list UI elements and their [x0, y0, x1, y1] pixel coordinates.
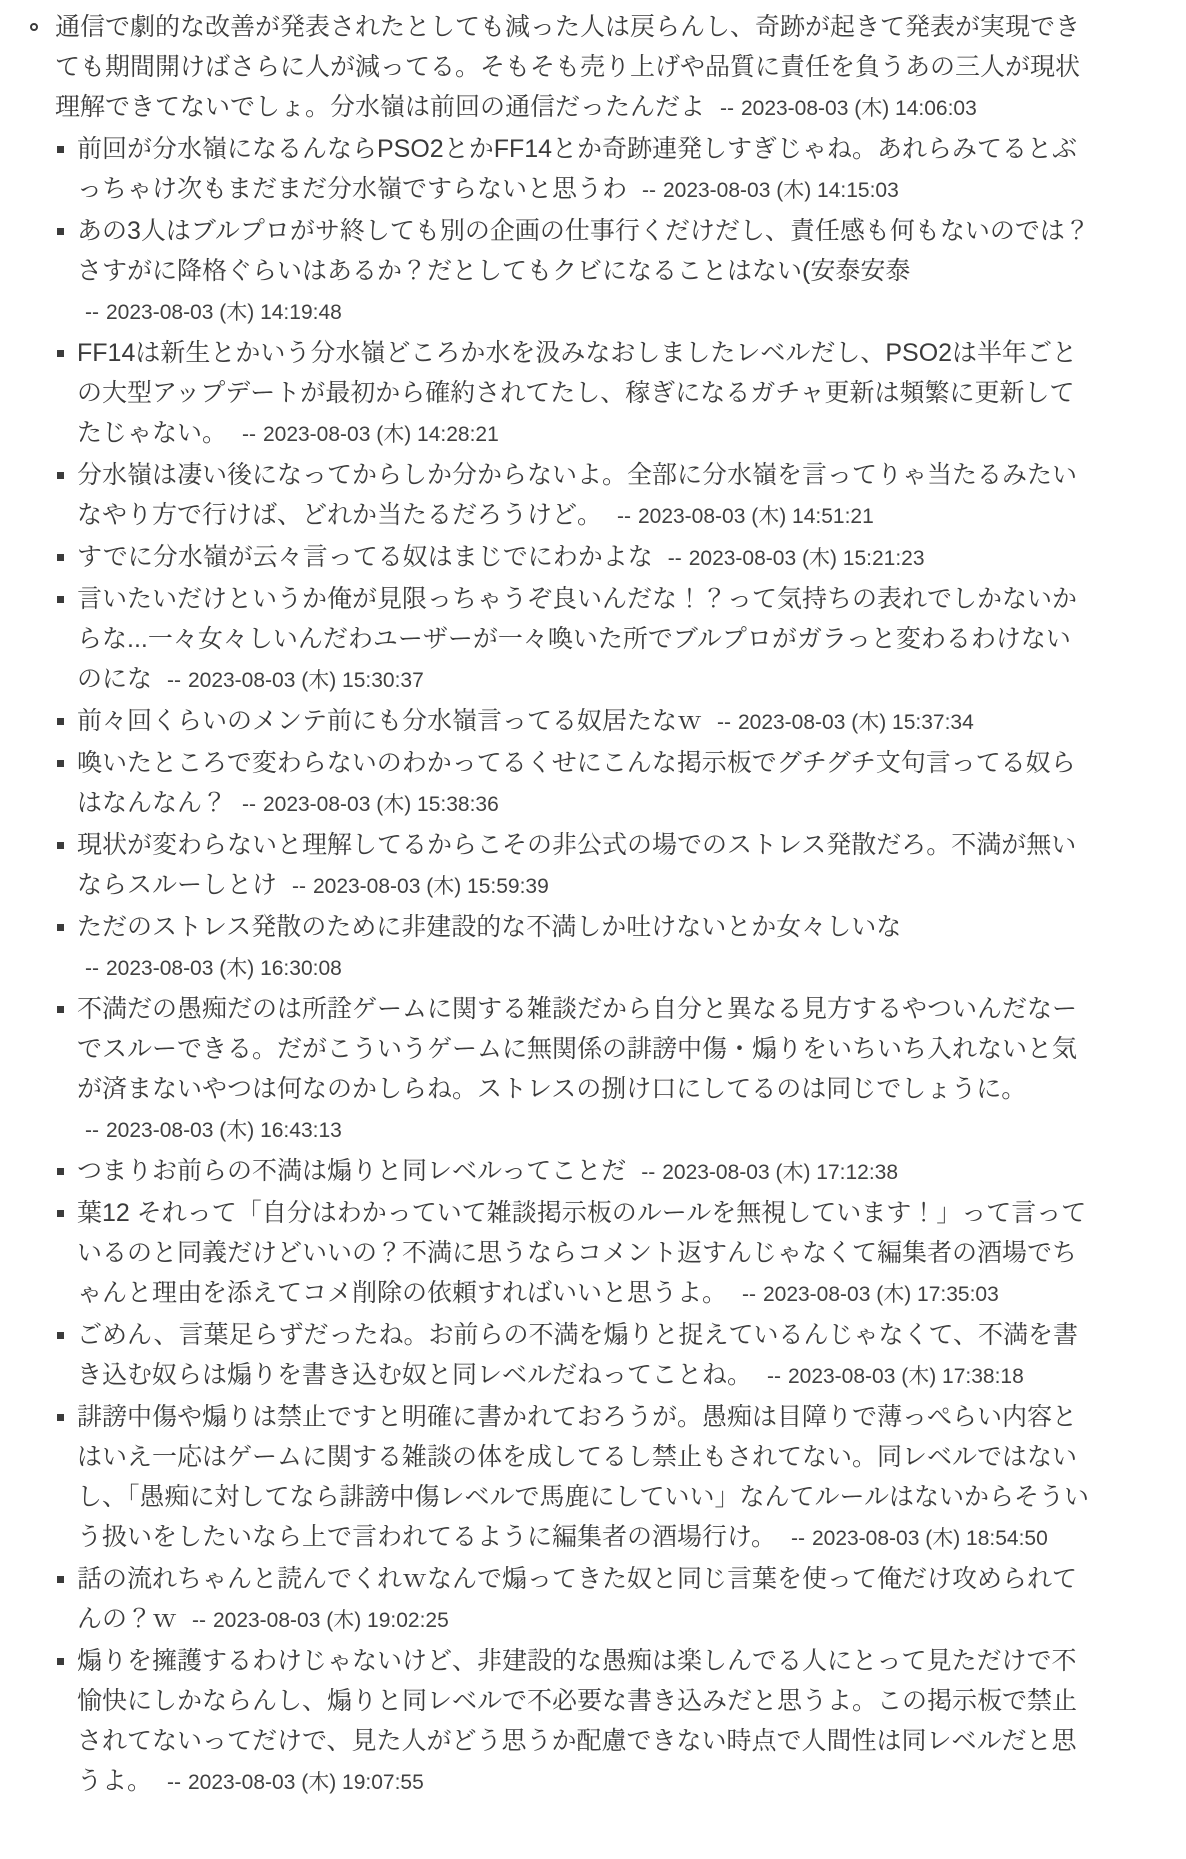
square-bullet-icon — [57, 760, 64, 767]
comment-text: つまりお前らの不満は煽りと同レベルってことだ — [77, 1157, 626, 1185]
comment-timestamp: 2023-08-03 (木) 17:38:18 — [788, 1365, 1024, 1388]
comment-separator: -- — [167, 669, 181, 692]
reply-comment: 誹謗中傷や煽りは禁止ですと明確に書かれておろうが。愚痴は目障りで薄っぺらい内容と… — [57, 1397, 1090, 1559]
square-bullet-icon — [57, 1210, 64, 1217]
square-bullet-icon — [57, 842, 64, 849]
comment-separator: -- — [668, 547, 682, 570]
comment-separator: -- — [242, 793, 256, 816]
comment-meta: --2023-08-03 (木) 19:07:55 — [159, 1771, 424, 1794]
reply-comment: 煽りを擁護するわけじゃないけど、非建設的な愚痴は楽しんでる人にとって見ただけで不… — [57, 1641, 1090, 1803]
reply-comment: すでに分水嶺が云々言ってる奴はまじでにわかよな --2023-08-03 (木)… — [57, 537, 1090, 579]
reply-comment: 不満だの愚痴だのは所詮ゲームに関する雑談だから自分と異なる見方するやついんだなー… — [57, 989, 1090, 1151]
comment-meta: --2023-08-03 (木) 16:30:08 — [77, 957, 342, 980]
comment-text: FF14は新生とかいう分水嶺どころか水を汲みなおしましたレベルだし、PSO2は半… — [77, 339, 1077, 447]
square-bullet-icon — [57, 472, 64, 479]
comment: 通信で劇的な改善が発表されたとしても減った人は戻らんし、奇跡が起きて発表が実現で… — [30, 7, 1090, 1803]
reply-comment: あの3人はブルプロがサ終しても別の企画の仕事行くだけだし、責任感も何もないのでは… — [57, 211, 1090, 333]
comment-text: すでに分水嶺が云々言ってる奴はまじでにわかよな — [77, 543, 653, 571]
comment-meta: --2023-08-03 (木) 14:51:21 — [609, 505, 874, 528]
reply-comment: 現状が変わらないと理解してるからこその非公式の場でのストレス発散だろ。不満が無い… — [57, 825, 1090, 907]
comment-separator: -- — [85, 957, 99, 980]
comment-separator: -- — [85, 301, 99, 324]
square-bullet-icon — [57, 718, 64, 725]
comment-text: 喚いたところで変わらないのわかってるくせにこんな掲示板でグチグチ文句言ってる奴ら… — [77, 749, 1076, 817]
comment-text: 分水嶺は凄い後になってからしか分からないよ。全部に分水嶺を言ってりゃ当たるみたい… — [77, 461, 1077, 529]
reply-comment: 話の流れちゃんと読んでくれｗなんで煽ってきた奴と同じ言葉を使って俺だけ攻められて… — [57, 1559, 1090, 1641]
comment-meta: --2023-08-03 (木) 14:28:21 — [234, 423, 499, 446]
reply-comment: 言いたいだけというか俺が見限っちゃうぞ良いんだな！？って気持ちの表れでしかないか… — [57, 579, 1090, 701]
comment-timestamp: 2023-08-03 (木) 16:30:08 — [106, 957, 342, 980]
reply-comment: 前回が分水嶺になるんならPSO2とかFF14とか奇跡連発しすぎじゃね。あれらみて… — [57, 129, 1090, 211]
comment-meta: --2023-08-03 (木) 15:59:39 — [284, 875, 549, 898]
circle-bullet-icon — [30, 23, 38, 31]
comment-timestamp: 2023-08-03 (木) 14:06:03 — [741, 97, 977, 120]
comment-timestamp: 2023-08-03 (木) 15:59:39 — [313, 875, 549, 898]
comment-meta: --2023-08-03 (木) 17:12:38 — [633, 1161, 898, 1184]
comment-meta: --2023-08-03 (木) 19:02:25 — [184, 1609, 449, 1632]
comment-meta: --2023-08-03 (木) 17:38:18 — [759, 1365, 1024, 1388]
comment-thread: 通信で劇的な改善が発表されたとしても減った人は戻らんし、奇跡が起きて発表が実現で… — [30, 7, 1090, 1803]
comment-timestamp: 2023-08-03 (木) 14:19:48 — [106, 301, 342, 324]
reply-comment: 喚いたところで変わらないのわかってるくせにこんな掲示板でグチグチ文句言ってる奴ら… — [57, 743, 1090, 825]
square-bullet-icon — [57, 596, 64, 603]
reply-comment: つまりお前らの不満は煽りと同レベルってことだ --2023-08-03 (木) … — [57, 1151, 1090, 1193]
comment-meta: --2023-08-03 (木) 16:43:13 — [77, 1119, 342, 1142]
comment-timestamp: 2023-08-03 (木) 14:15:03 — [663, 179, 899, 202]
square-bullet-icon — [57, 228, 64, 235]
square-bullet-icon — [57, 1332, 64, 1339]
comment-separator: -- — [642, 179, 656, 202]
comment-separator: -- — [641, 1161, 655, 1184]
comment-timestamp: 2023-08-03 (木) 15:38:36 — [263, 793, 499, 816]
comment-timestamp: 2023-08-03 (木) 14:51:21 — [638, 505, 874, 528]
comment-separator: -- — [720, 97, 734, 120]
comment-separator: -- — [717, 711, 731, 734]
comment-timestamp: 2023-08-03 (木) 15:30:37 — [188, 669, 424, 692]
comment-timestamp: 2023-08-03 (木) 15:21:23 — [689, 547, 925, 570]
comment-meta: --2023-08-03 (木) 15:30:37 — [159, 669, 424, 692]
square-bullet-icon — [57, 1576, 64, 1583]
comment-text: 不満だの愚痴だのは所詮ゲームに関する雑談だから自分と異なる見方するやついんだなー… — [77, 995, 1077, 1103]
comment-text: 現状が変わらないと理解してるからこその非公式の場でのストレス発散だろ。不満が無い… — [77, 831, 1076, 899]
comment-separator: -- — [767, 1365, 781, 1388]
comment-timestamp: 2023-08-03 (木) 14:28:21 — [263, 423, 499, 446]
comment-text: 前回が分水嶺になるんならPSO2とかFF14とか奇跡連発しすぎじゃね。あれらみて… — [77, 135, 1077, 203]
comment-separator: -- — [167, 1771, 181, 1794]
reply-comment: ごめん、言葉足らずだったね。お前らの不満を煽りと捉えているんじゃなくて、不満を書… — [57, 1315, 1090, 1397]
comment-timestamp: 2023-08-03 (木) 16:43:13 — [106, 1119, 342, 1142]
comment-meta: --2023-08-03 (木) 14:19:48 — [77, 301, 342, 324]
comment-text: あの3人はブルプロがサ終しても別の企画の仕事行くだけだし、責任感も何もないのでは… — [77, 217, 1090, 285]
square-bullet-icon — [57, 146, 64, 153]
square-bullet-icon — [57, 1414, 64, 1421]
comment-meta: --2023-08-03 (木) 14:15:03 — [634, 179, 899, 202]
comment-meta: --2023-08-03 (木) 14:06:03 — [712, 97, 977, 120]
comment-separator: -- — [85, 1119, 99, 1142]
comment-separator: -- — [617, 505, 631, 528]
comment-meta: --2023-08-03 (木) 15:38:36 — [234, 793, 499, 816]
comment-separator: -- — [742, 1283, 756, 1306]
square-bullet-icon — [57, 1168, 64, 1175]
comment-meta: --2023-08-03 (木) 15:21:23 — [660, 547, 925, 570]
square-bullet-icon — [57, 1658, 64, 1665]
comment-separator: -- — [192, 1609, 206, 1632]
comment-separator: -- — [292, 875, 306, 898]
comment-meta: --2023-08-03 (木) 15:37:34 — [709, 711, 974, 734]
comment-text: 前々回くらいのメンテ前にも分水嶺言ってる奴居たなｗ — [77, 707, 702, 735]
comment-separator: -- — [242, 423, 256, 446]
comment-timestamp: 2023-08-03 (木) 15:37:34 — [738, 711, 974, 734]
comment-meta: --2023-08-03 (木) 17:35:03 — [734, 1283, 999, 1306]
comment-timestamp: 2023-08-03 (木) 19:02:25 — [213, 1609, 449, 1632]
reply-comment: ただのストレス発散のために非建設的な不満しか吐けないとか女々しいな --2023… — [57, 907, 1090, 989]
reply-comment: 分水嶺は凄い後になってからしか分からないよ。全部に分水嶺を言ってりゃ当たるみたい… — [57, 455, 1090, 537]
comment-text: ただのストレス発散のために非建設的な不満しか吐けないとか女々しいな — [77, 913, 901, 941]
square-bullet-icon — [57, 924, 64, 931]
reply-list: 前回が分水嶺になるんならPSO2とかFF14とか奇跡連発しすぎじゃね。あれらみて… — [57, 129, 1090, 1803]
square-bullet-icon — [57, 1006, 64, 1013]
reply-comment: FF14は新生とかいう分水嶺どころか水を汲みなおしましたレベルだし、PSO2は半… — [57, 333, 1090, 455]
comment-timestamp: 2023-08-03 (木) 17:35:03 — [763, 1283, 999, 1306]
comment-timestamp: 2023-08-03 (木) 17:12:38 — [662, 1161, 898, 1184]
comment-timestamp: 2023-08-03 (木) 18:54:50 — [812, 1527, 1048, 1550]
square-bullet-icon — [57, 554, 64, 561]
square-bullet-icon — [57, 350, 64, 357]
reply-comment: 前々回くらいのメンテ前にも分水嶺言ってる奴居たなｗ --2023-08-03 (… — [57, 701, 1090, 743]
comment-meta: --2023-08-03 (木) 18:54:50 — [783, 1527, 1048, 1550]
comment-separator: -- — [791, 1527, 805, 1550]
reply-comment: 葉12 それって「自分はわかっていて雑談掲示板のルールを無視しています！」って言… — [57, 1193, 1090, 1315]
comment-timestamp: 2023-08-03 (木) 19:07:55 — [188, 1771, 424, 1794]
